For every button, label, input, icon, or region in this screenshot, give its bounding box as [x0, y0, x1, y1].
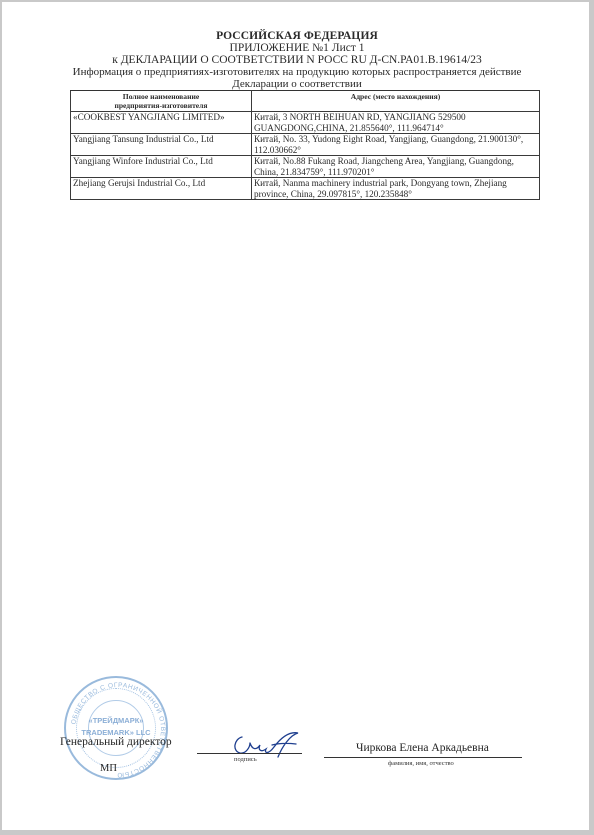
manufacturer-address: Китай, 3 NORTH BEIHUAN RD, YANGJIANG 529… — [252, 112, 540, 134]
country-title: РОССИЙСКАЯ ФЕДЕРАЦИЯ — [0, 30, 594, 42]
manufacturer-name: «COOKBEST YANGJIANG LIMITED» — [71, 112, 252, 134]
signature-line — [197, 753, 302, 754]
address-line: Китай, No. 33, Yudong Eight Road, Yangji… — [254, 134, 523, 144]
column-header-name-line2: предприятия-изготовителя — [114, 101, 207, 110]
address-line: Китай, 3 NORTH BEIHUAN RD, YANGJIANG 529… — [254, 112, 466, 122]
signer-role: Генеральный директор — [60, 736, 172, 748]
table-row: Yangjiang Winfore Industrial Co., Ltd Ки… — [71, 156, 540, 178]
table-row: «COOKBEST YANGJIANG LIMITED» Китай, 3 NO… — [71, 112, 540, 134]
info-line-2: Декларации о соответствии — [0, 78, 594, 90]
document-header: РОССИЙСКАЯ ФЕДЕРАЦИЯ ПРИЛОЖЕНИЕ №1 Лист … — [0, 30, 594, 90]
address-line: China, 21.834759°, 111.970201° — [254, 167, 375, 177]
table-row: Yangjiang Tansung Industrial Co., Ltd Ки… — [71, 134, 540, 156]
address-line: GUANGDONG,CHINA, 21.855640°, 111.964714° — [254, 123, 444, 133]
manufacturer-name: Zhejiang Gerujsi Industrial Co., Ltd — [71, 178, 252, 200]
column-header-name: Полное наименование предприятия-изготови… — [71, 91, 252, 112]
column-header-address: Адрес (место нахождения) — [252, 91, 540, 112]
name-line — [324, 757, 522, 758]
table-row: Zhejiang Gerujsi Industrial Co., Ltd Кит… — [71, 178, 540, 200]
address-line: Китай, No.88 Fukang Road, Jiangcheng Are… — [254, 156, 514, 166]
handwritten-signature-icon — [228, 727, 308, 759]
manufacturer-name: Yangjiang Winfore Industrial Co., Ltd — [71, 156, 252, 178]
name-caption: фамилия, имя, отчество — [388, 760, 454, 767]
manufacturers-table: Полное наименование предприятия-изготови… — [70, 90, 540, 200]
seal-label: МП — [100, 763, 117, 774]
appendix-title: ПРИЛОЖЕНИЕ №1 Лист 1 — [0, 42, 594, 54]
column-header-name-line1: Полное наименование — [123, 92, 199, 101]
manufacturer-address: Китай, No. 33, Yudong Eight Road, Yangji… — [252, 134, 540, 156]
signer-name: Чиркова Елена Аркадьевна — [356, 742, 489, 754]
table-header-row: Полное наименование предприятия-изготови… — [71, 91, 540, 112]
address-line: province, China, 29.097815°, 120.235848° — [254, 189, 412, 199]
signature-caption: подпись — [234, 756, 257, 763]
seal-name-ru: «ТРЕЙДМАРК» — [66, 716, 166, 725]
manufacturer-name: Yangjiang Tansung Industrial Co., Ltd — [71, 134, 252, 156]
declaration-title: к ДЕКЛАРАЦИИ О СООТВЕТСТВИИ N РОСС RU Д-… — [0, 54, 594, 66]
column-header-address-label: Адрес (место нахождения) — [351, 92, 441, 101]
manufacturer-address: Китай, Nanma machinery industrial park, … — [252, 178, 540, 200]
address-line: Китай, Nanma machinery industrial park, … — [254, 178, 507, 188]
manufacturer-address: Китай, No.88 Fukang Road, Jiangcheng Are… — [252, 156, 540, 178]
address-line: 112.030662° — [254, 145, 301, 155]
info-line-1: Информация о предприятиях-изготовителях … — [0, 66, 594, 78]
